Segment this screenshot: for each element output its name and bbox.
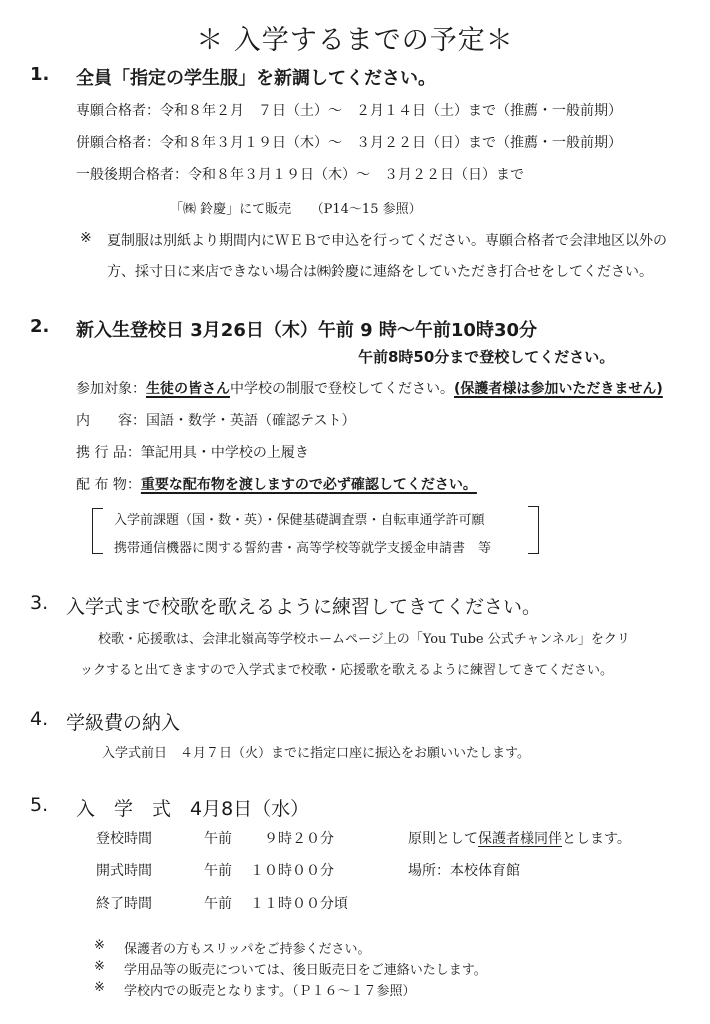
- section-2-heading: 新入生登校日 3月26日（木）午前 9 時～午前10時30分: [76, 316, 537, 342]
- distribution-item: 携帯通信機器に関する誓約書・高等学校等就学支援金申請書 等: [114, 537, 491, 556]
- section-3-number: 3.: [30, 592, 48, 614]
- vendor-line: 「㈱ 鈴慶」にて販売 （P14～15 参照）: [170, 198, 422, 217]
- section-4-number: 4.: [30, 708, 48, 730]
- section-1-number: 1.: [30, 64, 49, 85]
- guardian-note-suffix: とします。: [562, 831, 631, 847]
- items-label: 携 行 品：: [76, 445, 141, 461]
- row-ampm: 午前: [204, 828, 232, 848]
- venue-note: 場所：本校体育館: [408, 860, 520, 880]
- target-guardians-excluded: (保護者様は参加いただきません): [454, 381, 663, 397]
- section-5-number: 5.: [30, 794, 48, 816]
- note-mark: ※: [94, 980, 105, 995]
- supplies-sale-note: 学用品等の販売については、後日販売日をご連絡いたします。: [124, 959, 487, 978]
- class-fee-line: 入学式前日 ４月７日（火）までに指定口座に振込をお願いいたします。: [102, 742, 530, 761]
- items-value: 筆記用具・中学校の上履き: [141, 445, 309, 461]
- onsite-sale-note: 学校内での販売となります。（Ｐ１６～１７参照）: [124, 980, 415, 999]
- guardian-accompany: 保護者様同伴: [478, 831, 562, 847]
- target-uniform: 中学校の制服で登校してください。: [230, 381, 454, 397]
- section-5-heading: 入 学 式 4月8日（水）: [76, 794, 309, 821]
- target-row: 参加対象：生徒の皆さん中学校の制服で登校してください。(保護者様は参加いただきま…: [76, 378, 663, 398]
- row-time: １１時００分頃: [250, 893, 348, 913]
- row-time: １０時００分: [250, 860, 334, 880]
- guardian-note: 原則として保護者様同伴とします。: [408, 828, 631, 848]
- row-label: 終了時間: [96, 893, 152, 913]
- row-label: 登校時間: [96, 831, 152, 847]
- content-label: 内 容：: [76, 413, 146, 429]
- row-time: ９時２０分: [250, 828, 334, 848]
- row-ampm: 午前: [204, 893, 232, 913]
- items-row: 携 行 品：筆記用具・中学校の上履き: [76, 442, 309, 462]
- song-practice-line1: 校歌・応援歌は、会津北嶺高等学校ホームページ上の「You Tube 公式チャンネ…: [98, 628, 630, 647]
- schedule-row-arrival: 登校時間: [96, 828, 152, 848]
- row-label: 開式時間: [96, 860, 152, 880]
- distribution-value: 重要な配布物を渡しますので必ず確認してください。: [141, 477, 477, 493]
- distribution-label: 配 布 物：: [76, 477, 141, 493]
- section-3-heading: 入学式まで校歌を歌えるように練習してきてください。: [66, 592, 541, 619]
- note-mark: ※: [94, 959, 105, 974]
- page-title: ＊ 入学するまでの予定＊: [0, 18, 710, 57]
- section-2-number: 2.: [30, 316, 49, 337]
- left-bracket: [92, 508, 103, 554]
- song-practice-line2: ックすると出てきますので入学式まで校歌・応援歌を歌えるように練習してきてください…: [80, 659, 613, 678]
- right-bracket: [528, 506, 539, 554]
- schedule-line-senganzai: 専願合格者：令和８年２月 ７日（土）～ ２月１４日（土）まで（推薦・一般前期）: [76, 100, 622, 120]
- content-value: 国語・数学・英語（確認テスト）: [146, 413, 355, 429]
- schedule-line-kouki: 一般後期合格者：令和８年３月１９日（木）～ ３月２２日（日）まで: [76, 164, 524, 184]
- note-mark: ※: [80, 230, 92, 246]
- guardian-note-prefix: 原則として: [408, 831, 478, 847]
- section-4-heading: 学級費の納入: [66, 708, 180, 735]
- content-row: 内 容：国語・数学・英語（確認テスト）: [76, 410, 355, 430]
- note-mark: ※: [94, 938, 105, 953]
- distribution-row: 配 布 物：重要な配布物を渡しますので必ず確認してください。: [76, 474, 477, 494]
- distribution-item: 入学前課題（国・数・英）・保健基礎調査票・自転車通学許可願: [114, 509, 485, 528]
- slipper-note: 保護者の方もスリッパをご持参ください。: [124, 938, 370, 957]
- row-ampm: 午前: [204, 860, 232, 880]
- target-label: 参加対象：: [76, 381, 146, 397]
- arrival-deadline: 午前8時50分まで登校してください。: [358, 346, 614, 367]
- target-students: 生徒の皆さん: [146, 381, 230, 397]
- summer-uniform-note-cont: 方、採寸日に来店できない場合は㈱鈴慶に連絡をしていただき打合せをしてください。: [107, 261, 653, 281]
- schedule-line-heigan: 併願合格者：令和８年３月１９日（木）～ ３月２２日（日）まで（推薦・一般前期）: [76, 132, 622, 152]
- section-1-heading: 全員「指定の学生服」を新調してください。: [76, 64, 436, 90]
- summer-uniform-note: 夏制服は別紙より期間内にＷＥＢで申込を行ってください。専願合格者で会津地区以外の: [107, 230, 667, 250]
